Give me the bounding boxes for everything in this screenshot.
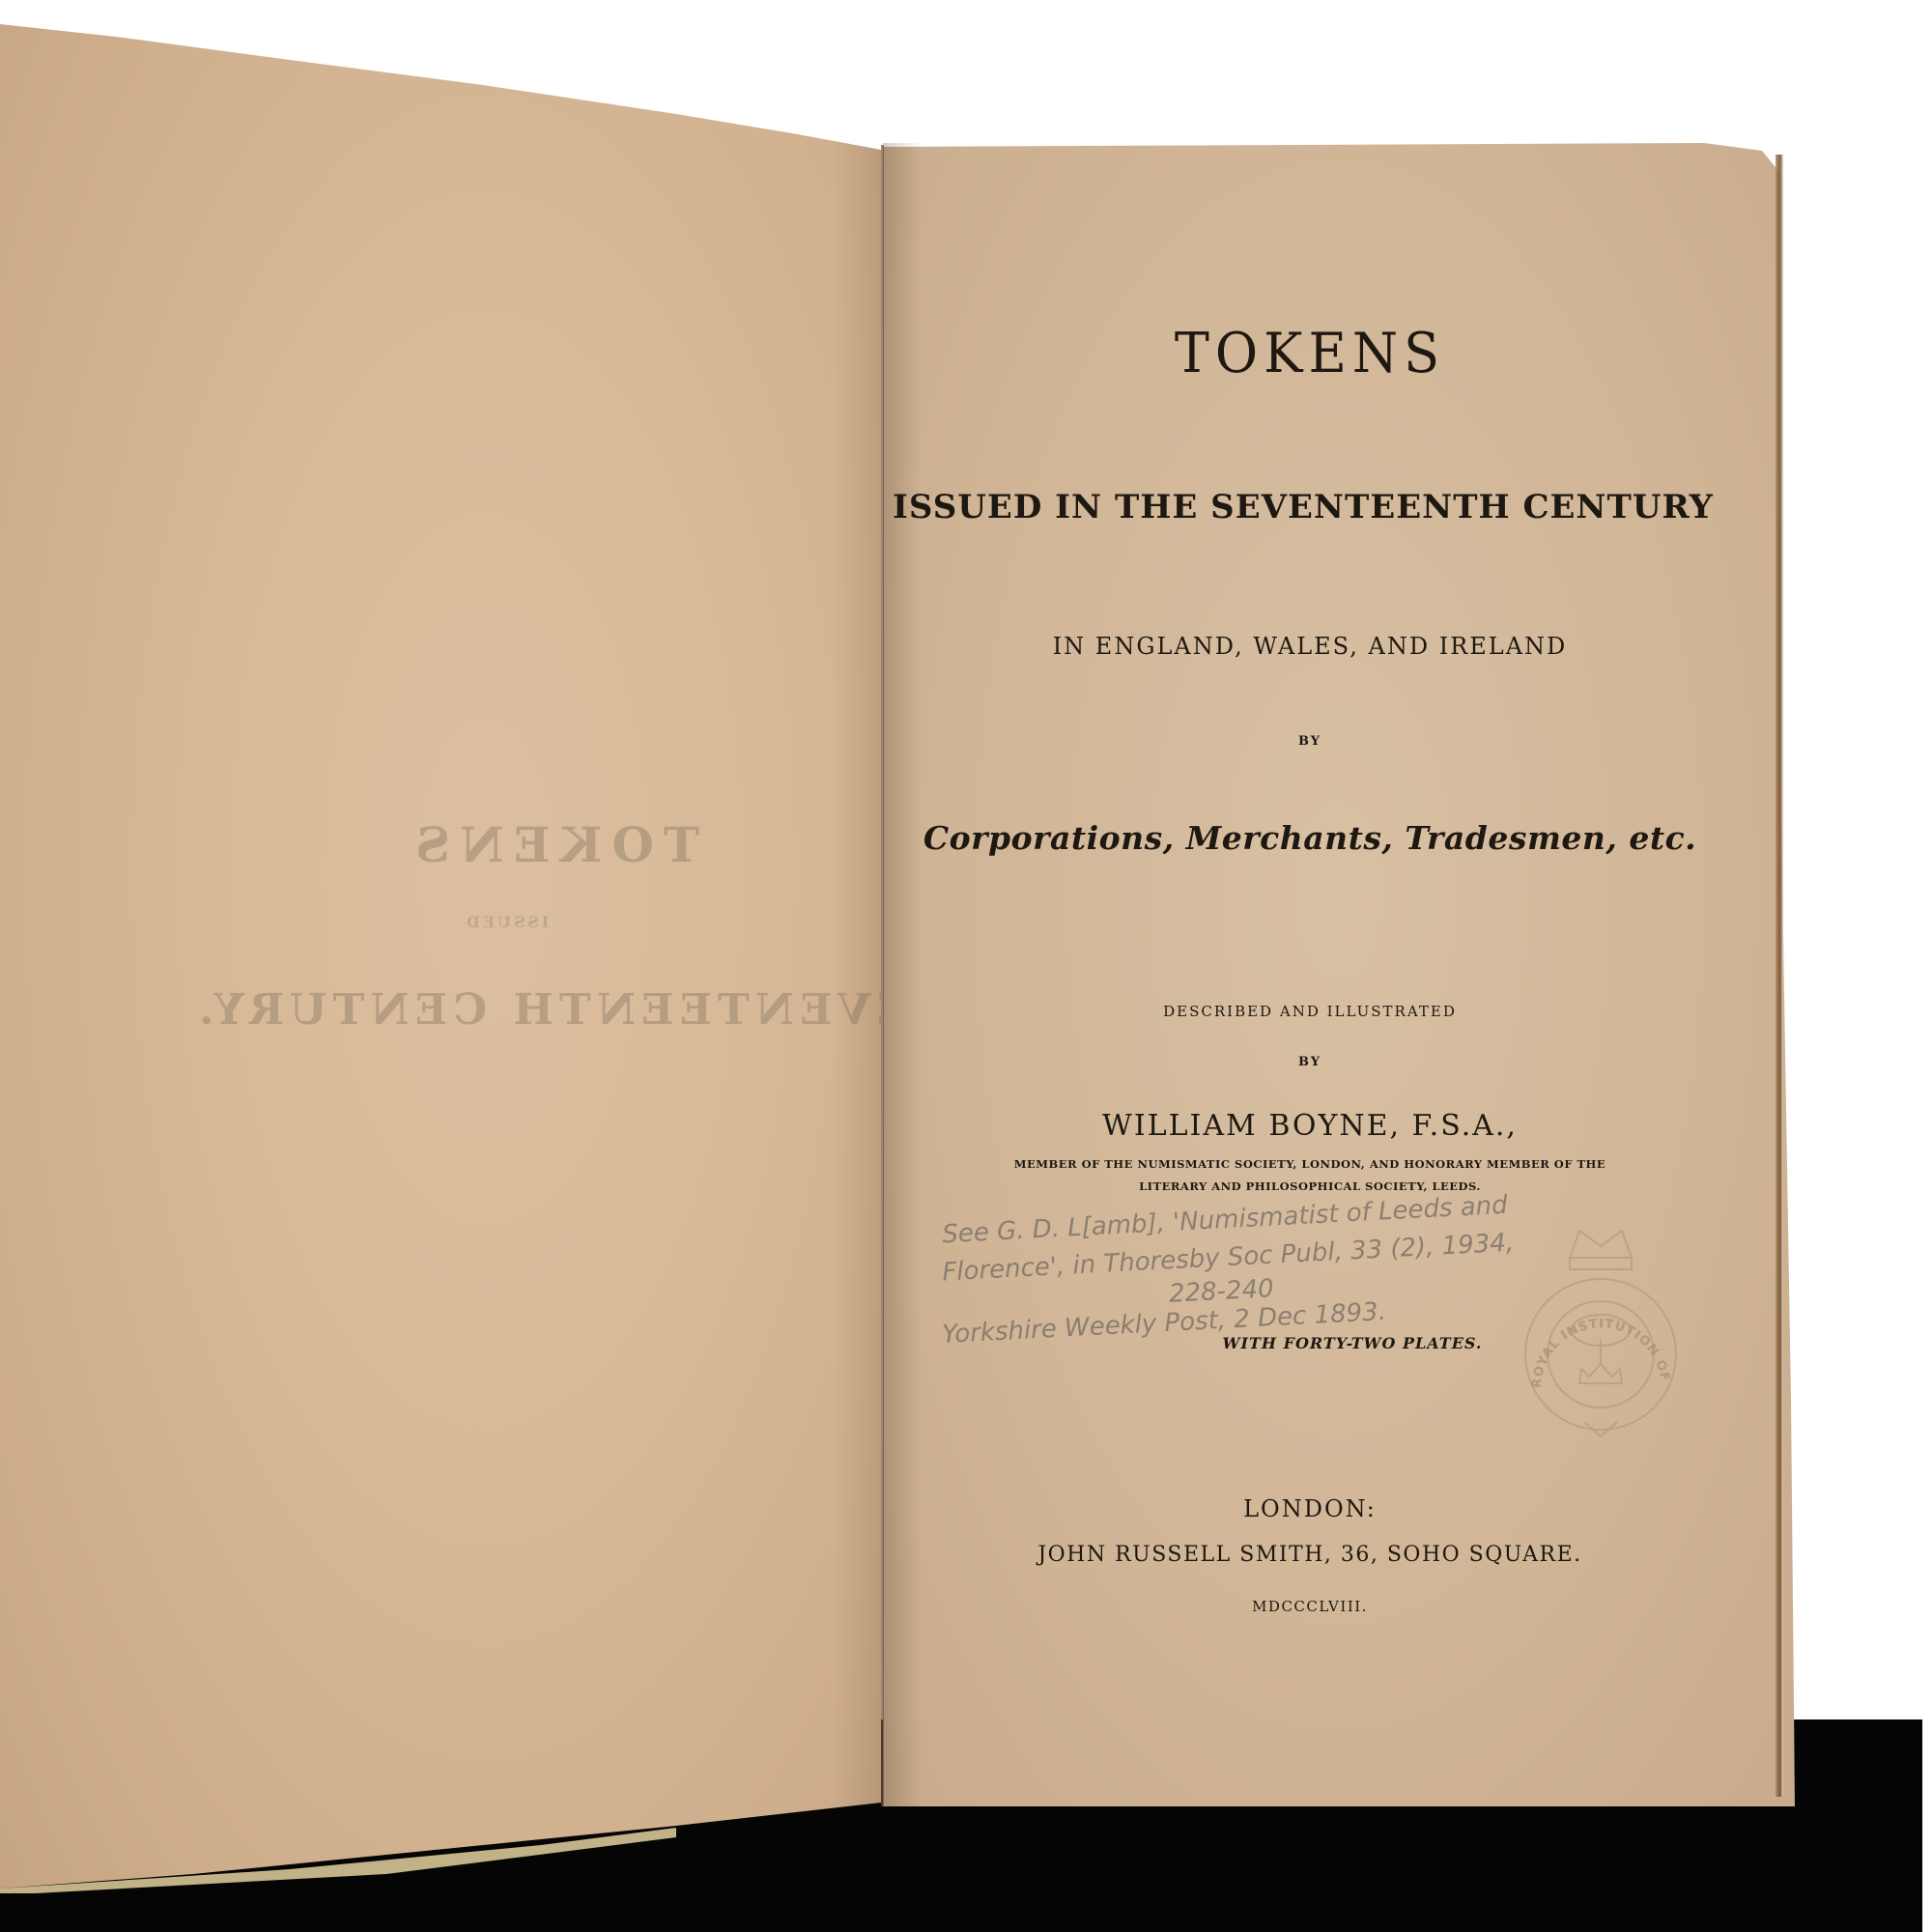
bleed-through-title: TOKENS bbox=[406, 816, 699, 873]
right-page-deckled-edge bbox=[1776, 155, 1783, 1797]
left-page-gutter-shade bbox=[831, 135, 884, 1806]
subtitle-issued: ISSUED IN THE SEVENTEENTH CENTURY bbox=[893, 488, 1627, 526]
embossed-stamp-icon: ROYAL INSTITUTION OF GREAT BRITAIN bbox=[1512, 1219, 1690, 1446]
by-label-2: BY bbox=[883, 1055, 1737, 1069]
by-label-1: BY bbox=[883, 734, 1737, 749]
book-title: TOKENS bbox=[883, 321, 1737, 384]
imprint-publisher: JOHN RUSSELL SMITH, 36, SOHO SQUARE. bbox=[883, 1543, 1737, 1567]
svg-text:ROYAL INSTITUTION OF GREAT BRI: ROYAL INSTITUTION OF GREAT BRITAIN bbox=[1512, 1219, 1672, 1388]
book-photo: TOKENS ISSUED THE SEVENTEENTH CENTURY. T… bbox=[0, 0, 1932, 1932]
author-affiliation-1: MEMBER OF THE NUMISMATIC SOCIETY, LONDON… bbox=[883, 1157, 1737, 1171]
author-name: WILLIAM BOYNE, F.S.A., bbox=[883, 1109, 1737, 1143]
subtitle-corporations: Corporations, Merchants, Tradesmen, etc. bbox=[883, 819, 1737, 857]
author-affiliation-2: LITERARY AND PHILOSOPHICAL SOCIETY, LEED… bbox=[883, 1179, 1737, 1193]
described-illustrated: DESCRIBED AND ILLUSTRATED bbox=[883, 1003, 1737, 1020]
bleed-through-issued: ISSUED bbox=[464, 913, 549, 931]
subtitle-england: IN ENGLAND, WALES, AND IRELAND bbox=[883, 633, 1737, 660]
imprint-place: LONDON: bbox=[883, 1495, 1737, 1522]
left-page: TOKENS ISSUED THE SEVENTEENTH CENTURY. bbox=[0, 0, 884, 1932]
stamp-text: ROYAL INSTITUTION OF GREAT BRITAIN bbox=[1512, 1219, 1672, 1388]
imprint-year: MDCCCLVIII. bbox=[883, 1598, 1737, 1615]
